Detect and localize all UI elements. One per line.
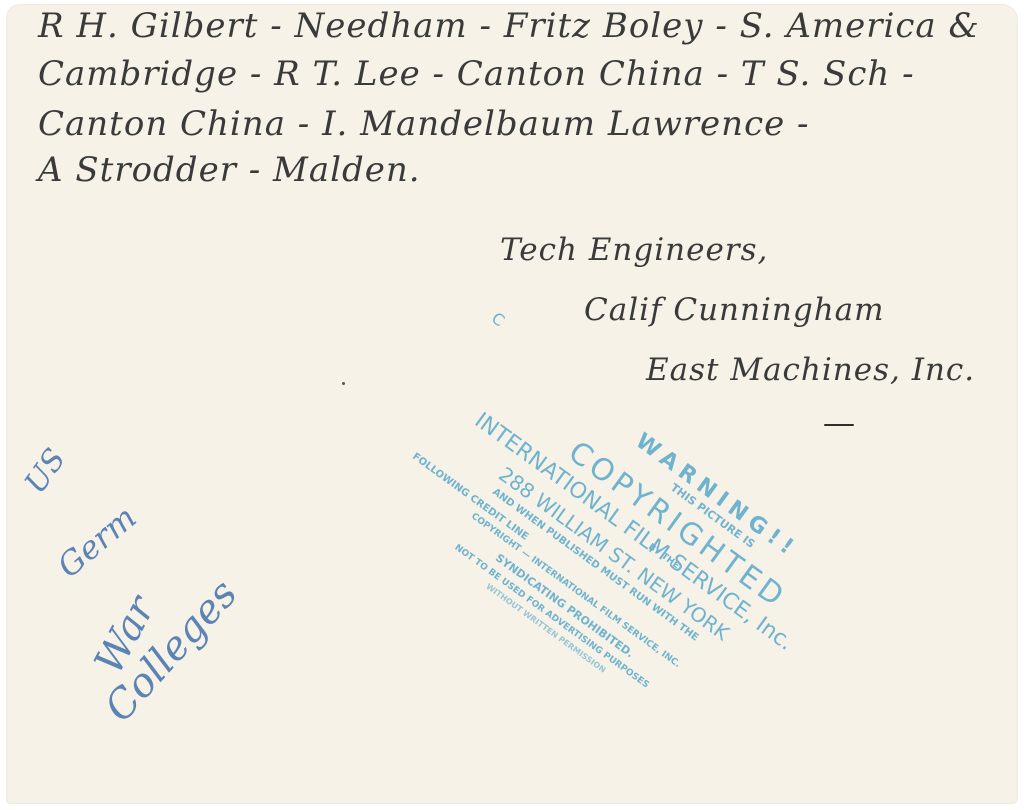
caption-right-line-2: Calif Cunningham: [584, 292, 885, 328]
caption-right-line-1: Tech Engineers,: [500, 232, 768, 268]
copyright-stamp: C WARNING!! THIS PICTURE IS COPYRIGHTED …: [378, 330, 708, 670]
pencil-dash: [824, 424, 854, 426]
caption-line-1: R H. Gilbert - Needham - Fritz Boley - S…: [38, 6, 980, 46]
caption-line-4: A Strodder - Malden.: [38, 150, 421, 190]
pencil-dot: [342, 382, 345, 385]
caption-line-3: Canton China - I. Mandelbaum Lawrence -: [38, 104, 810, 144]
caption-line-2: Cambridge - R T. Lee - Canton China - T …: [38, 54, 915, 94]
